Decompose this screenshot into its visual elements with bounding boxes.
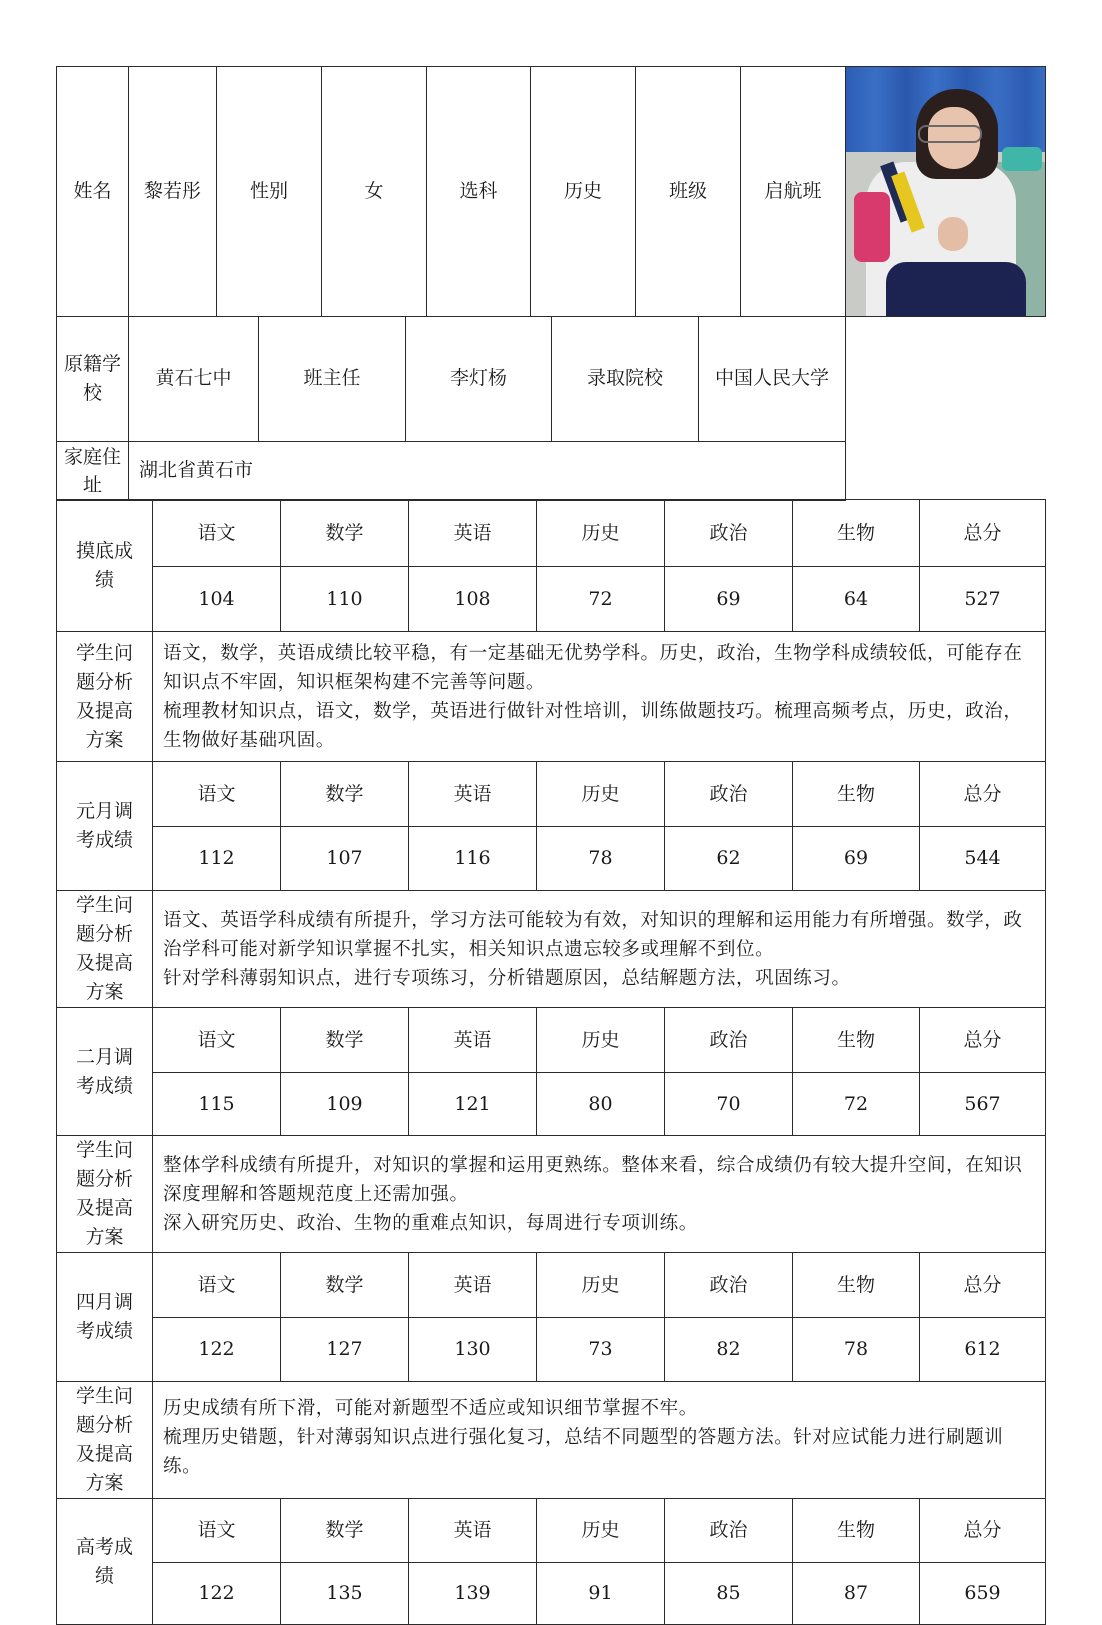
elective-value: 历史: [531, 67, 636, 317]
exam-header-row: 高考成绩 语文 数学 英语 历史 政治 生物 总分: [57, 1499, 1046, 1563]
portrait-image: [846, 67, 1046, 316]
subject-header: 生物: [793, 1499, 920, 1563]
student-photo: [846, 67, 1046, 317]
name-label: 姓名: [57, 67, 129, 317]
subject-header: 数学: [281, 762, 409, 827]
score-cell: 122: [153, 1563, 281, 1625]
analysis-row: 学生问题分析及提高方案 语文、英语学科成绩有所提升，学习方法可能较为有效，对知识…: [57, 891, 1046, 1008]
subject-header: 英语: [409, 500, 537, 567]
total-score-cell: 612: [920, 1318, 1046, 1382]
analysis-label: 学生问题分析及提高方案: [57, 891, 153, 1008]
subject-header: 数学: [281, 500, 409, 567]
subject-header: 政治: [665, 1008, 793, 1073]
total-score-cell: 544: [920, 827, 1046, 891]
subject-header: 总分: [920, 762, 1046, 827]
score-cell: 122: [153, 1318, 281, 1382]
total-score-cell: 527: [920, 567, 1046, 632]
analysis-row: 学生问题分析及提高方案 整体学科成绩有所提升，对知识的掌握和运用更熟练。整体来看…: [57, 1136, 1046, 1253]
gender-value: 女: [322, 67, 427, 317]
address-value: 湖北省黄石市: [129, 441, 846, 500]
score-cell: 69: [793, 827, 920, 891]
subject-header: 历史: [537, 1499, 665, 1563]
elective-label: 选科: [427, 67, 531, 317]
plan-paragraph: 深入研究历史、政治、生物的重难点知识，每周进行专项训练。: [163, 1209, 1035, 1238]
exam-score-row: 122 127 130 73 82 78 612: [57, 1318, 1046, 1382]
score-cell: 116: [409, 827, 537, 891]
score-cell: 104: [153, 567, 281, 632]
subject-header: 历史: [537, 500, 665, 567]
subject-header: 生物: [793, 500, 920, 567]
subject-header: 英语: [409, 1253, 537, 1318]
subject-header: 总分: [920, 1008, 1046, 1073]
subject-header: 政治: [665, 1499, 793, 1563]
analysis-paragraph: 历史成绩有所下滑，可能对新题型不适应或知识细节掌握不牢。: [163, 1394, 1035, 1423]
subject-header: 生物: [793, 762, 920, 827]
analysis-paragraph: 整体学科成绩有所提升，对知识的掌握和运用更熟练。整体来看，综合成绩仍有较大提升空…: [163, 1151, 1035, 1209]
exam-score-row: 104 110 108 72 69 64 527: [57, 567, 1046, 632]
subject-header: 政治: [665, 762, 793, 827]
score-cell: 107: [281, 827, 409, 891]
subject-header: 语文: [153, 762, 281, 827]
score-cell: 87: [793, 1563, 920, 1625]
analysis-text: 历史成绩有所下滑，可能对新题型不适应或知识细节掌握不牢。 梳理历史错题，针对薄弱…: [153, 1382, 1046, 1499]
gender-label: 性别: [217, 67, 322, 317]
score-cell: 62: [665, 827, 793, 891]
plan-paragraph: 针对学科薄弱知识点，进行专项练习，分析错题原因，总结解题方法，巩固练习。: [163, 964, 1035, 993]
class-label: 班级: [636, 67, 741, 317]
admitted-value: 中国人民大学: [699, 316, 846, 441]
total-score-cell: 659: [920, 1563, 1046, 1625]
exam-header-row: 二月调考成绩 语文 数学 英语 历史 政治 生物 总分: [57, 1008, 1046, 1073]
subject-header: 生物: [793, 1253, 920, 1318]
analysis-row: 学生问题分析及提高方案 语文，数学，英语成绩比较平稳，有一定基础无优势学科。历史…: [57, 632, 1046, 762]
score-cell: 109: [281, 1073, 409, 1136]
score-cell: 135: [281, 1563, 409, 1625]
subject-header: 语文: [153, 1253, 281, 1318]
score-cell: 85: [665, 1563, 793, 1625]
exam-label: 元月调考成绩: [57, 762, 153, 891]
subject-header: 历史: [537, 1008, 665, 1073]
analysis-label: 学生问题分析及提高方案: [57, 1136, 153, 1253]
exam-header-row: 摸底成绩 语文 数学 英语 历史 政治 生物 总分: [57, 500, 1046, 567]
score-cell: 139: [409, 1563, 537, 1625]
subject-header: 语文: [153, 500, 281, 567]
subject-header: 政治: [665, 500, 793, 567]
subject-header: 生物: [793, 1008, 920, 1073]
subject-header: 总分: [920, 500, 1046, 567]
score-cell: 108: [409, 567, 537, 632]
teacher-label: 班主任: [259, 316, 406, 441]
subject-header: 数学: [281, 1008, 409, 1073]
plan-paragraph: 梳理教材知识点，语文，数学，英语进行做针对性培训，训练做题技巧。梳理高频考点，历…: [163, 697, 1035, 755]
analysis-label: 学生问题分析及提高方案: [57, 1382, 153, 1499]
subject-header: 语文: [153, 1008, 281, 1073]
school-label: 原籍学校: [57, 316, 129, 441]
score-cell: 78: [793, 1318, 920, 1382]
score-cell: 78: [537, 827, 665, 891]
exam-header-row: 元月调考成绩 语文 数学 英语 历史 政治 生物 总分: [57, 762, 1046, 827]
score-cell: 64: [793, 567, 920, 632]
analysis-paragraph: 语文、英语学科成绩有所提升，学习方法可能较为有效，对知识的理解和运用能力有所增强…: [163, 906, 1035, 964]
student-record-sheet: 姓名 黎若彤 性别 女 选科 历史 班级 启航班 原籍学校: [56, 66, 1045, 1625]
score-cell: 110: [281, 567, 409, 632]
subject-header: 总分: [920, 1499, 1046, 1563]
score-cell: 73: [537, 1318, 665, 1382]
score-cell: 115: [153, 1073, 281, 1136]
score-cell: 80: [537, 1073, 665, 1136]
exam-label: 高考成绩: [57, 1499, 153, 1625]
exam-label: 摸底成绩: [57, 500, 153, 632]
school-info-table: 原籍学校 黄石七中 班主任 李灯杨 录取院校 中国人民大学 家庭住址 湖北省黄石…: [56, 316, 846, 501]
score-cell: 112: [153, 827, 281, 891]
subject-header: 数学: [281, 1253, 409, 1318]
score-cell: 82: [665, 1318, 793, 1382]
analysis-row: 学生问题分析及提高方案 历史成绩有所下滑，可能对新题型不适应或知识细节掌握不牢。…: [57, 1382, 1046, 1499]
analysis-label: 学生问题分析及提高方案: [57, 632, 153, 762]
analysis-paragraph: 语文，数学，英语成绩比较平稳，有一定基础无优势学科。历史，政治，生物学科成绩较低…: [163, 639, 1035, 697]
score-cell: 69: [665, 567, 793, 632]
student-info-table: 姓名 黎若彤 性别 女 选科 历史 班级 启航班: [56, 66, 1046, 317]
name-value: 黎若彤: [129, 67, 217, 317]
score-cell: 121: [409, 1073, 537, 1136]
score-cell: 72: [537, 567, 665, 632]
analysis-text: 整体学科成绩有所提升，对知识的掌握和运用更熟练。整体来看，综合成绩仍有较大提升空…: [153, 1136, 1046, 1253]
subject-header: 数学: [281, 1499, 409, 1563]
exam-label: 二月调考成绩: [57, 1008, 153, 1136]
address-label: 家庭住址: [57, 441, 129, 500]
subject-header: 英语: [409, 762, 537, 827]
subject-header: 语文: [153, 1499, 281, 1563]
analysis-text: 语文、英语学科成绩有所提升，学习方法可能较为有效，对知识的理解和运用能力有所增强…: [153, 891, 1046, 1008]
plan-paragraph: 梳理历史错题，针对薄弱知识点进行强化复习，总结不同题型的答题方法。针对应试能力进…: [163, 1423, 1035, 1481]
exam-score-row: 112 107 116 78 62 69 544: [57, 827, 1046, 891]
exam-header-row: 四月调考成绩 语文 数学 英语 历史 政治 生物 总分: [57, 1253, 1046, 1318]
analysis-text: 语文，数学，英语成绩比较平稳，有一定基础无优势学科。历史，政治，生物学科成绩较低…: [153, 632, 1046, 762]
score-cell: 127: [281, 1318, 409, 1382]
score-cell: 70: [665, 1073, 793, 1136]
subject-header: 英语: [409, 1499, 537, 1563]
subject-header: 历史: [537, 762, 665, 827]
subject-header: 英语: [409, 1008, 537, 1073]
total-score-cell: 567: [920, 1073, 1046, 1136]
exam-score-row: 115 109 121 80 70 72 567: [57, 1073, 1046, 1136]
admitted-label: 录取院校: [552, 316, 699, 441]
class-value: 启航班: [741, 67, 846, 317]
scores-table: 摸底成绩 语文 数学 英语 历史 政治 生物 总分 104 110 108 72…: [56, 499, 1046, 1625]
exam-score-row: 122 135 139 91 85 87 659: [57, 1563, 1046, 1625]
score-cell: 130: [409, 1318, 537, 1382]
subject-header: 政治: [665, 1253, 793, 1318]
score-cell: 91: [537, 1563, 665, 1625]
exam-label: 四月调考成绩: [57, 1253, 153, 1382]
subject-header: 历史: [537, 1253, 665, 1318]
subject-header: 总分: [920, 1253, 1046, 1318]
teacher-value: 李灯杨: [406, 316, 552, 441]
school-value: 黄石七中: [129, 316, 259, 441]
score-cell: 72: [793, 1073, 920, 1136]
